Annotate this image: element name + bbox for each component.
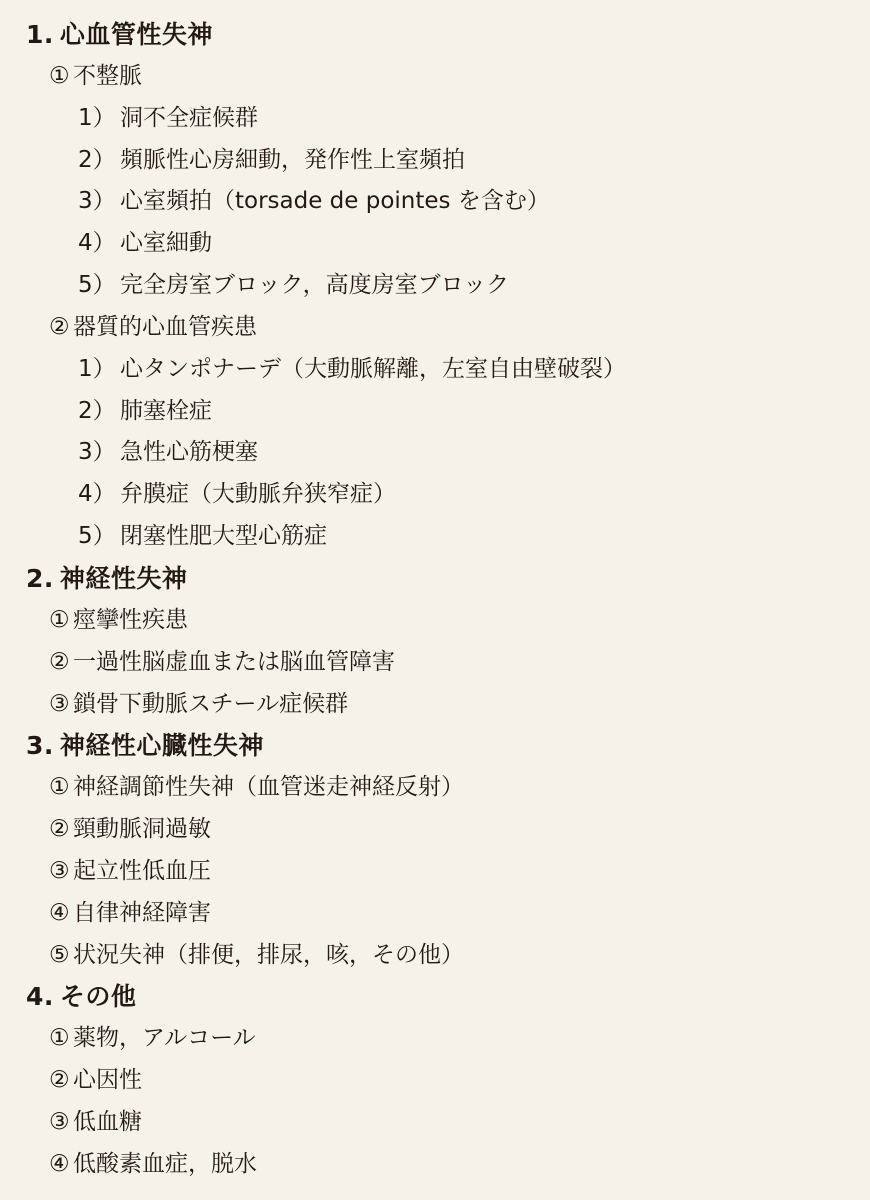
subsection-title: 起立性低血圧 (73, 851, 211, 893)
circled-number: ① (49, 600, 73, 642)
item-text: 完全房室ブロック，高度房室ブロック (120, 265, 509, 307)
list-item: 1） 心タンポナーデ（大動脈解離，左室自由壁破裂） (0, 349, 870, 391)
circled-number: ① (49, 1018, 73, 1060)
item-number: 3） (78, 181, 120, 223)
circled-number: ③ (49, 684, 73, 726)
subsection-heading: ② 頸動脈洞過敏 (0, 809, 870, 851)
list-item: 4） 心室細動 (0, 223, 870, 265)
list-item: 4） 弁膜症（大動脈弁狭窄症） (0, 474, 870, 516)
section-title: 神経性心臓性失神 (60, 725, 264, 767)
subsection-title: 痙攣性疾患 (73, 600, 188, 642)
list-item: 2） 頻脈性心房細動，発作性上室頻拍 (0, 140, 870, 182)
subsection-heading: ① 薬物，アルコール (0, 1018, 870, 1060)
section-number: 3. (26, 725, 54, 767)
section-title: その他 (60, 976, 137, 1018)
circled-number: ② (49, 1060, 73, 1102)
subsection-title: 薬物，アルコール (73, 1018, 256, 1060)
circled-number: ② (49, 307, 73, 349)
circled-number: ③ (49, 851, 73, 893)
section-heading: 4. その他 (0, 976, 870, 1018)
subsection-heading: ⑤ 状況失神（排便，排尿，咳，その他） (0, 935, 870, 977)
list-item: 1） 洞不全症候群 (0, 98, 870, 140)
syncope-classification-list: 1. 心血管性失神 ① 不整脈 1） 洞不全症候群 2） 頻脈性心房細動，発作性… (0, 14, 870, 1186)
item-text: 頻脈性心房細動，発作性上室頻拍 (120, 140, 465, 182)
item-number: 5） (78, 265, 120, 307)
circled-number: ① (49, 767, 73, 809)
subsection-heading: ③ 鎖骨下動脈スチール症候群 (0, 684, 870, 726)
subsection-title: 器質的心血管疾患 (73, 307, 257, 349)
section-heading: 2. 神経性失神 (0, 558, 870, 600)
section-title: 心血管性失神 (60, 14, 213, 56)
item-text: 急性心筋梗塞 (120, 432, 258, 474)
list-item: 5） 完全房室ブロック，高度房室ブロック (0, 265, 870, 307)
item-text: 心室細動 (120, 223, 212, 265)
item-number: 4） (78, 474, 120, 516)
item-text: 心室頻拍（torsade de pointes を含む） (120, 181, 550, 223)
section-number: 4. (26, 976, 54, 1018)
subsection-heading: ② 一過性脳虚血または脳血管障害 (0, 642, 870, 684)
item-number: 3） (78, 432, 120, 474)
subsection-heading: ④ 低酸素血症，脱水 (0, 1144, 870, 1186)
item-number: 4） (78, 223, 120, 265)
subsection-title: 心因性 (73, 1060, 142, 1102)
circled-number: ③ (49, 1102, 73, 1144)
subsection-heading: ① 不整脈 (0, 56, 870, 98)
subsection-heading: ② 器質的心血管疾患 (0, 307, 870, 349)
section-title: 神経性失神 (60, 558, 188, 600)
subsection-heading: ② 心因性 (0, 1060, 870, 1102)
item-text: 肺塞栓症 (120, 391, 212, 433)
list-item: 5） 閉塞性肥大型心筋症 (0, 516, 870, 558)
subsection-title: 一過性脳虚血または脳血管障害 (73, 642, 395, 684)
item-number: 2） (78, 391, 120, 433)
list-item: 3） 急性心筋梗塞 (0, 432, 870, 474)
item-number: 1） (78, 349, 120, 391)
item-text: 弁膜症（大動脈弁狭窄症） (120, 474, 396, 516)
subsection-heading: ③ 起立性低血圧 (0, 851, 870, 893)
item-text: 閉塞性肥大型心筋症 (120, 516, 327, 558)
section-number: 1. (26, 14, 54, 56)
list-item: 3） 心室頻拍（torsade de pointes を含む） (0, 181, 870, 223)
subsection-title: 不整脈 (73, 56, 142, 98)
subsection-title: 低酸素血症，脱水 (73, 1144, 257, 1186)
section-number: 2. (26, 558, 54, 600)
item-text: 心タンポナーデ（大動脈解離，左室自由壁破裂） (120, 349, 626, 391)
subsection-heading: ④ 自律神経障害 (0, 893, 870, 935)
section-heading: 1. 心血管性失神 (0, 14, 870, 56)
circled-number: ⑤ (49, 935, 73, 977)
subsection-title: 頸動脈洞過敏 (73, 809, 211, 851)
section-heading: 3. 神経性心臓性失神 (0, 725, 870, 767)
item-text: 洞不全症候群 (120, 98, 258, 140)
subsection-heading: ① 痙攣性疾患 (0, 600, 870, 642)
circled-number: ② (49, 809, 73, 851)
item-number: 5） (78, 516, 120, 558)
list-item: 2） 肺塞栓症 (0, 391, 870, 433)
subsection-heading: ① 神経調節性失神（血管迷走神経反射） (0, 767, 870, 809)
subsection-title: 低血糖 (73, 1102, 142, 1144)
item-number: 1） (78, 98, 120, 140)
circled-number: ② (49, 642, 73, 684)
circled-number: ④ (49, 1144, 73, 1186)
subsection-heading: ③ 低血糖 (0, 1102, 870, 1144)
subsection-title: 自律神経障害 (73, 893, 211, 935)
subsection-title: 状況失神（排便，排尿，咳，その他） (73, 935, 464, 977)
subsection-title: 鎖骨下動脈スチール症候群 (73, 684, 348, 726)
item-number: 2） (78, 140, 120, 182)
circled-number: ① (49, 56, 73, 98)
circled-number: ④ (49, 893, 73, 935)
subsection-title: 神経調節性失神（血管迷走神経反射） (73, 767, 464, 809)
